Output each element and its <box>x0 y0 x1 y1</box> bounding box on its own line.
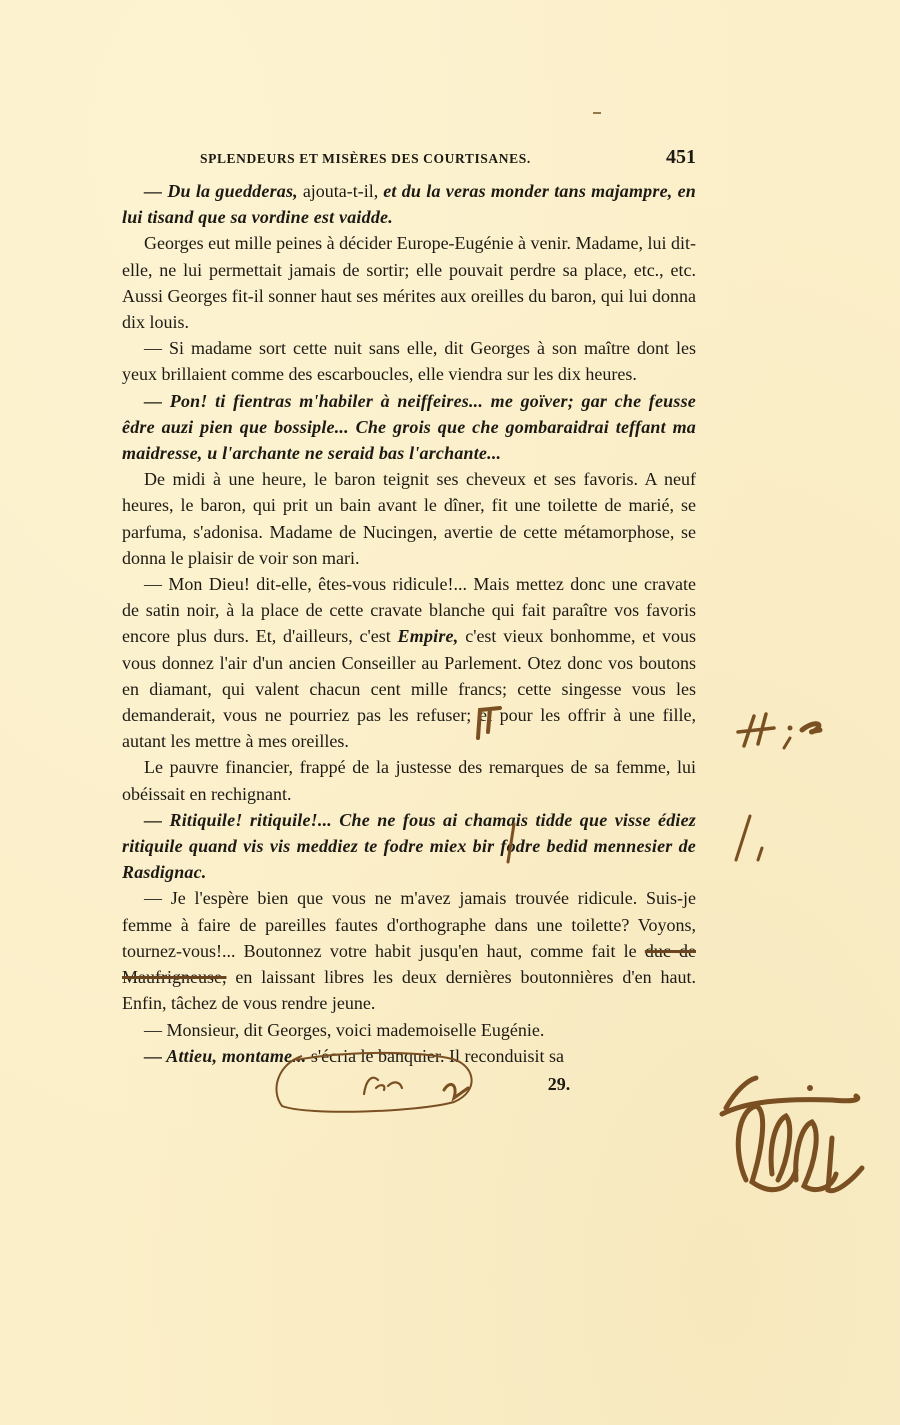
dialect-speech: — Ritiquile! ritiquile!... Che ne fous a… <box>122 810 696 882</box>
page-number: 451 <box>666 146 696 169</box>
paragraph: — Attieu, montame... s'écria le banquier… <box>122 1043 696 1069</box>
italic-word: Empire, <box>398 626 459 646</box>
text-run: ajouta-t-il, <box>298 181 383 201</box>
text-run: Le pauvre financier, frappé de la justes… <box>122 757 696 803</box>
text-run: — Je l'espère bien que vous ne m'avez ja… <box>122 888 696 960</box>
dialect-speech: — Pon! ti fientras m'habiler à neiffeire… <box>122 391 696 463</box>
text-run: Georges eut mille peines à décider Europ… <box>122 233 696 332</box>
dialect-speech: — Du la guedderas, <box>144 181 298 201</box>
paragraph: Le pauvre financier, frappé de la justes… <box>122 754 696 806</box>
paragraph: — Du la guedderas, ajouta-t-il, et du la… <box>122 178 696 230</box>
body-text: — Du la guedderas, ajouta-t-il, et du la… <box>122 178 696 1097</box>
paragraph: — Mon Dieu! dit-elle, êtes-vous ridicule… <box>122 571 696 754</box>
top-mark <box>593 112 601 114</box>
paragraph: De midi à une heure, le baron teignit se… <box>122 466 696 571</box>
paragraph: — Monsieur, dit Georges, voici mademoise… <box>122 1017 696 1043</box>
text-run: De midi à une heure, le baron teignit se… <box>122 469 696 568</box>
text-run: — Monsieur, dit Georges, voici mademoise… <box>144 1020 544 1040</box>
text-run: s'écria le banquier. Il reconduisit sa <box>306 1046 564 1066</box>
paragraph: Georges eut mille peines à décider Europ… <box>122 230 696 335</box>
paragraph: — Ritiquile! ritiquile!... Che ne fous a… <box>122 807 696 886</box>
running-title: SPLENDEURS ET MISÈRES DES COURTISANES. <box>200 151 531 167</box>
signature-mark: 29. <box>122 1071 696 1097</box>
dialect-speech: — Attieu, montame... <box>144 1046 306 1066</box>
text-run: — Si madame sort cette nuit sans elle, d… <box>122 338 696 384</box>
running-head: SPLENDEURS ET MISÈRES DES COURTISANES. 4… <box>200 146 696 169</box>
paragraph: — Si madame sort cette nuit sans elle, d… <box>122 335 696 387</box>
paragraph: — Pon! ti fientras m'habiler à neiffeire… <box>122 388 696 467</box>
paragraph: — Je l'espère bien que vous ne m'avez ja… <box>122 885 696 1016</box>
